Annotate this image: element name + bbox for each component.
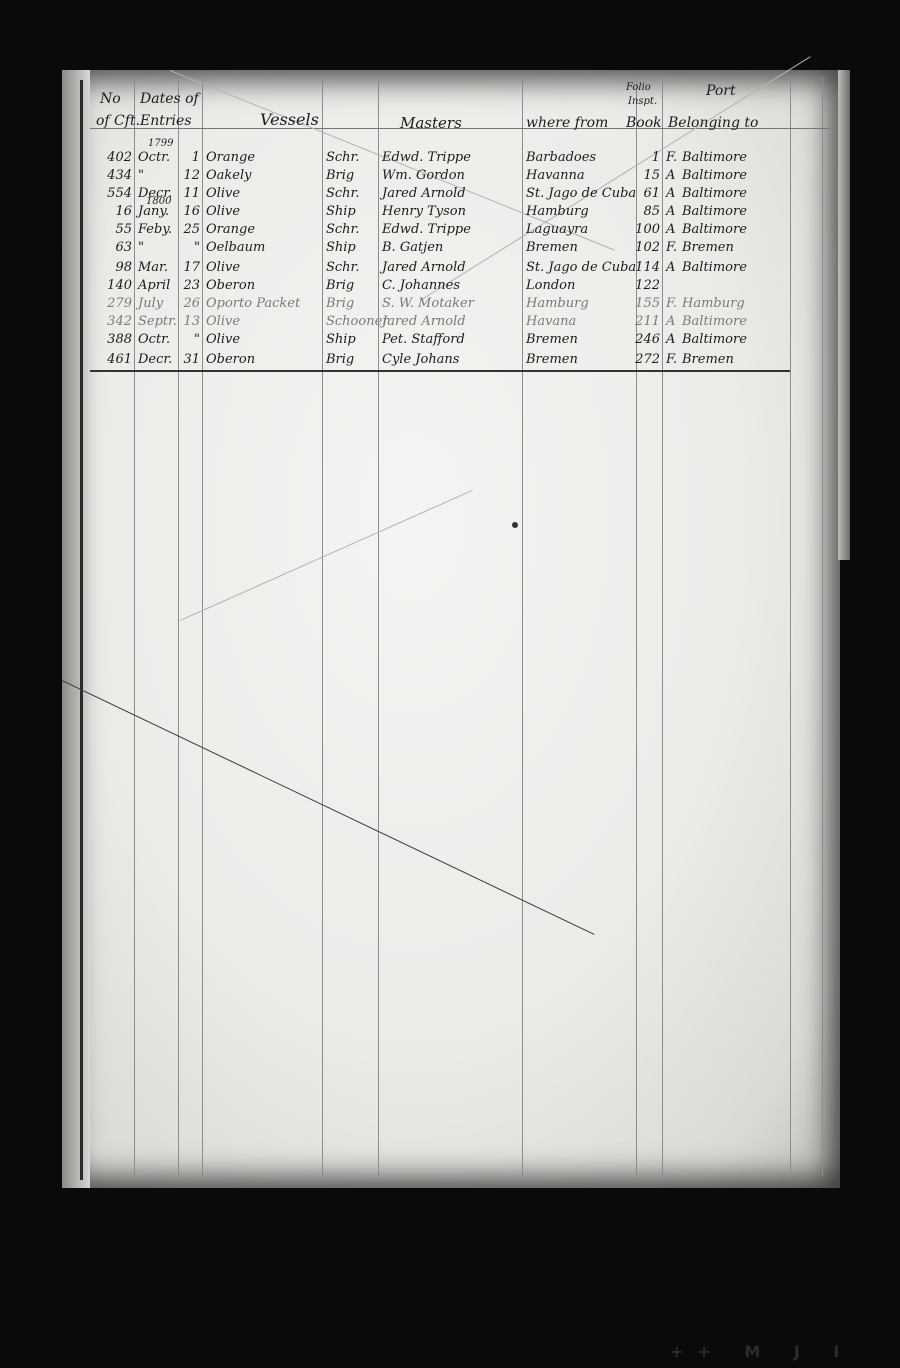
folio-number: 211 xyxy=(632,314,660,329)
film-marks: ++ M J I xyxy=(670,1342,853,1361)
vessel-rig: Brig xyxy=(326,168,376,183)
header-dates: Dates of xyxy=(140,92,199,107)
header-vessels: Vessels xyxy=(260,112,319,127)
port-of-origin: Bremen xyxy=(526,240,634,255)
header-masters: Masters xyxy=(400,116,462,131)
home-port: Baltimore xyxy=(682,314,792,329)
entry-month: Octr. xyxy=(138,332,178,347)
entry-month: Jany. xyxy=(138,204,178,219)
entry-month: Octr. xyxy=(138,150,178,165)
home-port: Baltimore xyxy=(682,186,792,201)
folio-number: 61 xyxy=(632,186,660,201)
flag-code: A xyxy=(666,260,680,275)
home-port: Bremen xyxy=(682,352,792,367)
entry-number: 402 xyxy=(90,150,132,165)
master-name: B. Gatjen xyxy=(382,240,520,255)
master-name: Edwd. Trippe xyxy=(382,222,520,237)
port-of-origin: Laguayra xyxy=(526,222,634,237)
vessel-name: Oelbaum xyxy=(206,240,316,255)
flag-code: A xyxy=(666,168,680,183)
vessel-name: Oakely xyxy=(206,168,316,183)
header-inspt: Inspt. xyxy=(628,94,657,109)
binding-spine xyxy=(80,80,83,1180)
vessel-name: Olive xyxy=(206,314,316,329)
header-entries: Entries xyxy=(140,114,192,129)
entry-month: " xyxy=(138,240,178,255)
entry-number: 554 xyxy=(90,186,132,201)
entry-number: 434 xyxy=(90,168,132,183)
folio-number: 102 xyxy=(632,240,660,255)
master-name: Henry Tyson xyxy=(382,204,520,219)
entry-day: 26 xyxy=(178,296,200,311)
vessel-rig: Schooner xyxy=(326,314,376,329)
header-belonging-to: Belonging to xyxy=(668,116,758,131)
port-of-origin: Hamburg xyxy=(526,204,634,219)
vessel-rig: Schr. xyxy=(326,222,376,237)
home-port: Baltimore xyxy=(682,222,792,237)
flag-code: F. xyxy=(666,296,680,311)
column-rule xyxy=(322,76,323,1176)
port-of-origin: Barbadoes xyxy=(526,150,634,165)
header-where-from: where from xyxy=(526,116,608,131)
vessel-name: Oberon xyxy=(206,352,316,367)
folio-number: 114 xyxy=(632,260,660,275)
vessel-name: Oberon xyxy=(206,278,316,293)
entry-number: 279 xyxy=(90,296,132,311)
entry-day: 25 xyxy=(178,222,200,237)
folio-number: 122 xyxy=(632,278,660,293)
ink-blot xyxy=(512,522,518,528)
master-name: S. W. Motaker xyxy=(382,296,520,311)
flag-code: F. xyxy=(666,352,680,367)
home-port: Baltimore xyxy=(682,260,792,275)
header-port: Port xyxy=(706,84,736,99)
entry-month: April xyxy=(138,278,178,293)
home-port: Baltimore xyxy=(682,204,792,219)
master-name: Edwd. Trippe xyxy=(382,150,520,165)
vessel-rig: Schr. xyxy=(326,186,376,201)
entry-day: 12 xyxy=(178,168,200,183)
entry-number: 461 xyxy=(90,352,132,367)
folio-number: 1 xyxy=(632,150,660,165)
flag-code: A xyxy=(666,332,680,347)
vessel-name: Olive xyxy=(206,332,316,347)
folio-number: 15 xyxy=(632,168,660,183)
column-rule xyxy=(202,76,203,1176)
master-name: Jared Arnold xyxy=(382,260,520,275)
vessel-name: Oporto Packet xyxy=(206,296,316,311)
home-port: Baltimore xyxy=(682,332,792,347)
entry-number: 388 xyxy=(90,332,132,347)
port-of-origin: St. Jago de Cuba xyxy=(526,186,634,201)
vessel-name: Olive xyxy=(206,204,316,219)
port-of-origin: Bremen xyxy=(526,332,634,347)
column-rule xyxy=(134,76,135,1176)
flag-code: F. xyxy=(666,240,680,255)
entry-day: 23 xyxy=(178,278,200,293)
entry-month: Feby. xyxy=(138,222,178,237)
flag-code: F. xyxy=(666,150,680,165)
vessel-name: Orange xyxy=(206,222,316,237)
port-of-origin: Hamburg xyxy=(526,296,634,311)
year-1799: 1799 xyxy=(148,136,173,151)
port-of-origin: Bremen xyxy=(526,352,634,367)
vessel-rig: Brig xyxy=(326,352,376,367)
column-rule xyxy=(822,76,823,1176)
entry-number: 55 xyxy=(90,222,132,237)
vessel-name: Olive xyxy=(206,260,316,275)
flag-code: A xyxy=(666,314,680,329)
entry-number: 63 xyxy=(90,240,132,255)
master-name: Wm. Gordon xyxy=(382,168,520,183)
home-port: Baltimore xyxy=(682,150,792,165)
entry-number: 140 xyxy=(90,278,132,293)
entry-day: " xyxy=(178,332,200,347)
header-no: No xyxy=(100,92,121,107)
port-of-origin: Havanna xyxy=(526,168,634,183)
folio-number: 100 xyxy=(632,222,660,237)
header-book: Book xyxy=(626,116,662,131)
port-of-origin: St. Jago de Cuba xyxy=(526,260,634,275)
vessel-rig: Ship xyxy=(326,240,376,255)
entry-month: Septr. xyxy=(138,314,178,329)
entries-end-rule xyxy=(90,370,790,372)
entry-day: " xyxy=(178,240,200,255)
entry-day: 16 xyxy=(178,204,200,219)
entry-month: " xyxy=(138,168,178,183)
vessel-rig: Ship xyxy=(326,204,376,219)
master-name: Cyle Johans xyxy=(382,352,520,367)
entry-number: 16 xyxy=(90,204,132,219)
column-rule xyxy=(522,76,523,1176)
vessel-rig: Brig xyxy=(326,296,376,311)
master-name: Pet. Stafford xyxy=(382,332,520,347)
vessel-rig: Schr. xyxy=(326,260,376,275)
vessel-name: Orange xyxy=(206,150,316,165)
entry-day: 17 xyxy=(178,260,200,275)
port-of-origin: London xyxy=(526,278,634,293)
home-port: Bremen xyxy=(682,240,792,255)
master-name: C. Johannes xyxy=(382,278,520,293)
entry-month: July xyxy=(138,296,178,311)
vessel-name: Olive xyxy=(206,186,316,201)
master-name: Jared Arnold xyxy=(382,314,520,329)
entry-number: 98 xyxy=(90,260,132,275)
header-folio: Folio xyxy=(626,80,651,95)
entry-day: 1 xyxy=(178,150,200,165)
entry-number: 342 xyxy=(90,314,132,329)
flag-code: A xyxy=(666,222,680,237)
flag-code: A xyxy=(666,186,680,201)
vessel-rig: Ship xyxy=(326,332,376,347)
column-rule xyxy=(378,76,379,1176)
entry-month: Decr. xyxy=(138,186,178,201)
entry-month: Mar. xyxy=(138,260,178,275)
folio-number: 155 xyxy=(632,296,660,311)
folio-number: 246 xyxy=(632,332,660,347)
vessel-rig: Schr. xyxy=(326,150,376,165)
master-name: Jared Arnold xyxy=(382,186,520,201)
flag-code: A xyxy=(666,204,680,219)
port-of-origin: Havana xyxy=(526,314,634,329)
entry-day: 31 xyxy=(178,352,200,367)
entry-day: 13 xyxy=(178,314,200,329)
entry-month: Decr. xyxy=(138,352,178,367)
home-port: Baltimore xyxy=(682,168,792,183)
vessel-rig: Brig xyxy=(326,278,376,293)
column-rule xyxy=(662,76,663,1176)
header-no-sub: of Cft. xyxy=(96,114,140,129)
folio-number: 85 xyxy=(632,204,660,219)
page-edge-left xyxy=(62,70,90,1188)
folio-number: 272 xyxy=(632,352,660,367)
entry-day: 11 xyxy=(178,186,200,201)
page-edge-right xyxy=(838,70,850,560)
home-port: Hamburg xyxy=(682,296,792,311)
